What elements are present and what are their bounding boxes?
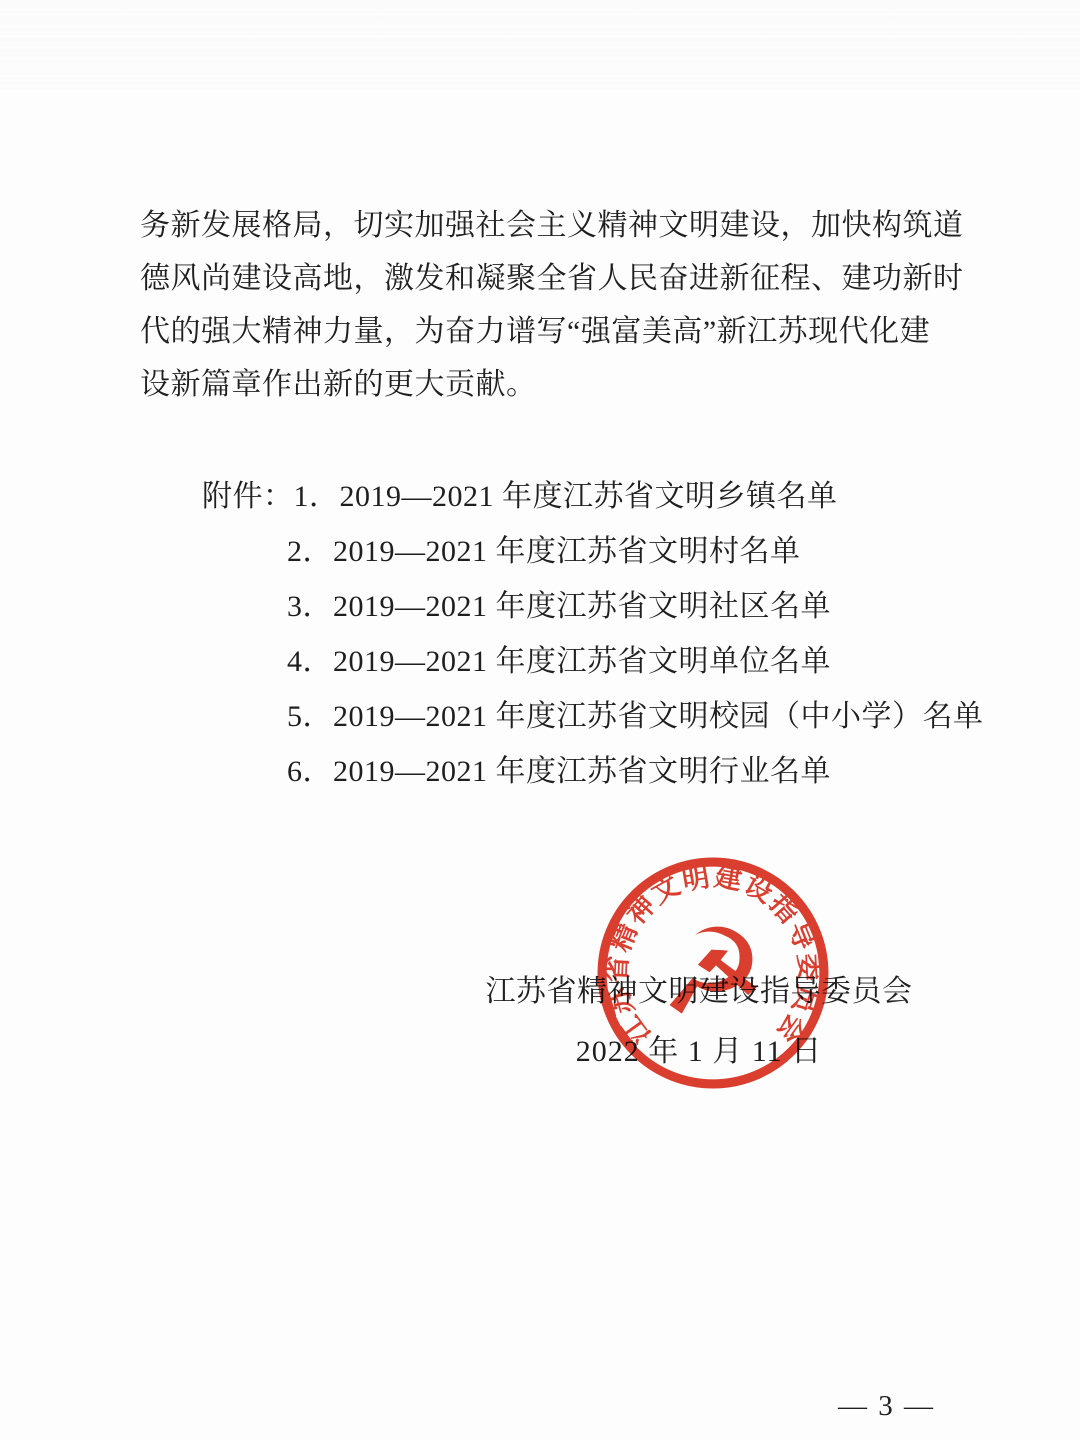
page-number: — 3 — — [838, 1390, 935, 1423]
attachment-row: 附件：1．2019—2021 年度江苏省文明乡镇名单 — [202, 469, 984, 524]
body-paragraph: 务新发展格局，切实加强社会主义精神文明建设，加快构筑道 德风尚建设高地，激发和凝… — [140, 199, 960, 411]
document-page: 务新发展格局，切实加强社会主义精神文明建设，加快构筑道 德风尚建设高地，激发和凝… — [0, 0, 1080, 1440]
attachment-item: 3．2019—2021 年度江苏省文明社区名单 — [287, 579, 984, 634]
seal-text: 江苏省精神文明建设指导委员会 — [602, 861, 825, 1049]
attachment-list: 附件：1．2019—2021 年度江苏省文明乡镇名单 2．2019—2021 年… — [202, 469, 984, 799]
body-line: 代的强大精神力量，为奋力谱写“强富美高”新江苏现代化建 — [140, 305, 960, 358]
scan-noise-band — [0, 0, 1080, 90]
signature-date: 2022 年 1 月 11 日 — [479, 1026, 919, 1070]
body-line: 务新发展格局，切实加强社会主义精神文明建设，加快构筑道 — [140, 199, 960, 252]
attachment-item: 5．2019—2021 年度江苏省文明校园（中小学）名单 — [287, 689, 984, 744]
signature-org: 江苏省精神文明建设指导委员会 — [479, 966, 919, 1010]
attachment-item: 1．2019—2021 年度江苏省文明乡镇名单 — [294, 480, 838, 513]
body-line: 德风尚建设高地，激发和凝聚全省人民奋进新征程、建功新时 — [140, 252, 960, 305]
attachments-label: 附件： — [202, 480, 294, 513]
attachment-item: 4．2019—2021 年度江苏省文明单位名单 — [287, 634, 984, 689]
attachment-item: 6．2019—2021 年度江苏省文明行业名单 — [287, 744, 984, 799]
body-line: 设新篇章作出新的更大贡献。 — [140, 358, 960, 411]
attachment-item: 2．2019—2021 年度江苏省文明村名单 — [287, 524, 984, 579]
